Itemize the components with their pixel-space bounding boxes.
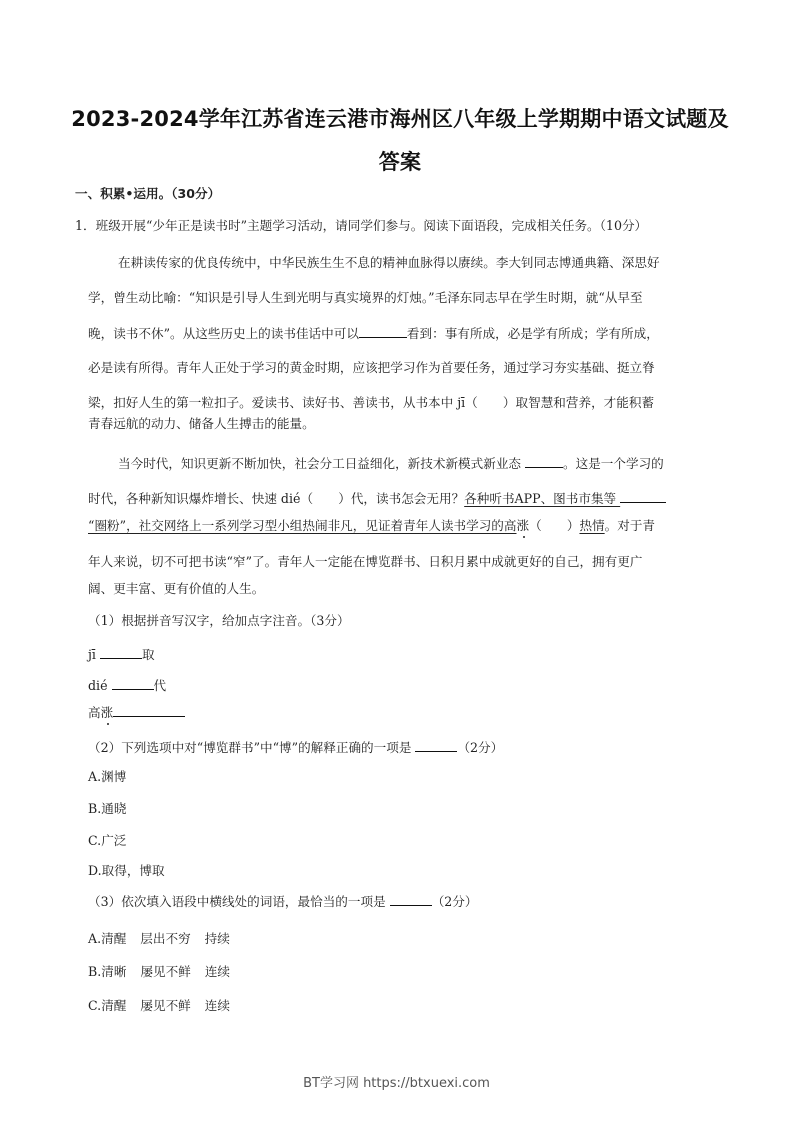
pinyin-label: dié [88,678,112,693]
character-label: 取 [142,647,155,662]
score-text: （2分） [432,894,478,909]
option-word: A.清醒 [88,931,126,946]
underlined-segment: 热情 [579,518,604,533]
answer-blank[interactable] [113,704,185,717]
prompt-text: （3）依次填入语段中横线处的词语，最恰当的一项是 [88,894,390,909]
option-a: A.渊博 [88,769,126,785]
answer-line: dié 代 [88,677,166,694]
word-label: 高 [88,705,101,720]
option-c: C.清醒屡见不鲜连续 [88,998,230,1014]
footer-watermark: BT学习网 https://btxuexi.com [0,1072,793,1091]
text-segment: 时代，各种新知识爆炸增长、快速 dié（ ）代，读书怎会无用？ [88,491,464,506]
underlined-segment: 各种听书APP、图书市集等 [464,491,620,506]
option-b: B.通晓 [88,801,126,817]
answer-blank[interactable] [390,893,432,906]
document-title-line1: 2023-2024学年江苏省连云港市海州区八年级上学期期中语文试题及 [60,103,740,133]
text-segment: 。对于青 [605,518,655,533]
section-heading: 一、积累•运用。（30分） [75,186,220,202]
question-1-prompt: 1．班级开展“少年正是读书时”主题学习活动，请同学们参与。阅读下面语段，完成相关… [75,218,647,234]
paragraph-line: 青春远航的动力、储备人生搏击的能量。 [88,416,315,432]
document-page: 2023-2024学年江苏省连云港市海州区八年级上学期期中语文试题及 答案 一、… [0,0,793,1122]
option-word: 持续 [205,931,230,946]
document-title-line2: 答案 [60,146,740,176]
dotted-character: 涨 [516,518,529,533]
paragraph-line: 在耕读传家的优良传统中，中华民族生生不息的精神血脉得以赓续。李大钊同志博通典籍、… [118,255,660,271]
option-word: 连续 [205,964,230,979]
fill-blank[interactable] [620,490,666,503]
paragraph-line: 年人来说，切不可把书读“窄”了。青年人一定能在博览群书、日积月累中成就更好的自己… [88,554,642,570]
fill-blank[interactable] [525,455,563,468]
fill-blank[interactable] [359,325,407,338]
character-label: 代 [154,678,167,693]
option-word: 屡见不鲜 [140,998,190,1013]
option-word: 层出不穷 [140,931,190,946]
text-segment: 当今时代，知识更新不断加快，社会分工日益细化，新技术新模式新业态 [118,456,525,471]
answer-blank[interactable] [112,677,154,690]
paragraph-line: 学，曾生动比喻：“知识是引导人生到光明与真实境界的灯烛。”毛泽东同志早在学生时期… [88,290,643,306]
subquestion-3-prompt: （3）依次填入语段中横线处的词语，最恰当的一项是 （2分） [88,893,477,910]
paragraph-line: 时代，各种新知识爆炸增长、快速 dié（ ）代，读书怎会无用？各种听书APP、图… [88,490,666,507]
prompt-text: （2）下列选项中对“博览群书”中“博”的解释正确的一项是 [88,740,415,755]
paragraph-line: 必是读有所得。青年人正处于学习的黄金时期，应该把学习作为首要任务，通过学习夯实基… [88,360,655,376]
score-text: （2分） [457,740,503,755]
option-a: A.清醒层出不穷持续 [88,931,230,947]
paragraph-line: 阔、更丰富、更有价值的人生。 [88,581,264,597]
subquestion-1-prompt: （1）根据拼音写汉字，给加点字注音。（3分） [88,613,350,629]
answer-blank[interactable] [415,739,457,752]
paragraph-line: 当今时代，知识更新不断加快，社会分工日益细化，新技术新模式新业态 。这是一个学习… [118,455,664,472]
paragraph-line: 晚，读书不休”。从这些历史上的读书佳话中可以看到：事有所成，必是学有所成；学有所… [88,325,659,342]
underlined-segment: “圈粉”，社交网络上一系列学习型小组热闹非凡，见证着青年人读书学习的高 [88,518,516,533]
option-word: 屡见不鲜 [140,964,190,979]
answer-blank[interactable] [100,646,142,659]
subquestion-2-prompt: （2）下列选项中对“博览群书”中“博”的解释正确的一项是 （2分） [88,739,503,756]
text-segment: 晚，读书不休”。从这些历史上的读书佳话中可以 [88,326,359,341]
text-segment: 看到：事有所成，必是学有所成；学有所成， [407,326,659,341]
paragraph-line: 梁，扣好人生的第一粒扣子。爱读书、读好书、善读书，从书本中 jī（ ）取智慧和营… [88,395,654,411]
text-segment: （ ） [529,518,579,533]
answer-line: 高涨 [88,704,185,721]
option-c: C.广泛 [88,833,126,849]
paragraph-line: “圈粉”，社交网络上一系列学习型小组热闹非凡，见证着青年人读书学习的高涨（ ）热… [88,518,655,534]
option-word: C.清醒 [88,998,126,1013]
pinyin-label: jī [88,647,100,662]
option-b: B.清晰屡见不鲜连续 [88,964,230,980]
option-word: 连续 [205,998,230,1013]
option-word: B.清晰 [88,964,126,979]
option-d: D.取得，博取 [88,863,165,879]
text-segment: 。这是一个学习的 [563,456,664,471]
answer-line: jī 取 [88,646,155,663]
dotted-character: 涨 [101,705,114,720]
